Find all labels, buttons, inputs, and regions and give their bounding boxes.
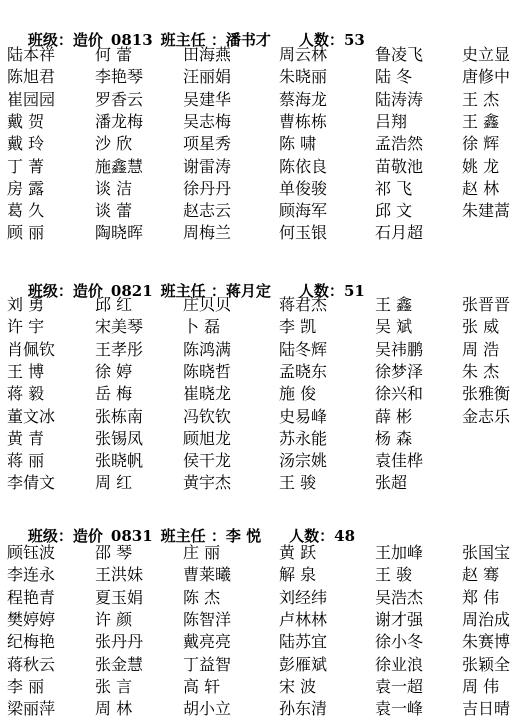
student-name: 苏永能 [279,428,327,450]
student-name: 陈晓哲 [183,361,231,383]
student-name: 吴祎鹏 [375,339,423,361]
student-name: 史易峰 [279,406,327,428]
class-header: 班级：造价0831班主任 ：李 悦人数：48 [7,500,355,524]
student-name: 戴 玲 [7,133,44,155]
student-name: 周 红 [95,472,132,494]
student-name: 袁一峰 [375,698,423,720]
student-name: 李 凯 [279,316,316,338]
student-name: 徐业浪 [375,654,423,676]
student-row: 李连永王洪妹曹莱曦解 泉王 骏赵 骞 [0,564,529,586]
student-name: 樊婷婷 [7,609,55,631]
student-name: 黄 青 [7,428,44,450]
student-row: 戴 玲沙 欣项星秀陈 啸孟浩然徐 辉 [0,133,529,155]
student-name: 张 威 [462,316,499,338]
student-name: 鲁凌飞 [375,44,423,66]
student-name: 邱 红 [95,294,132,316]
student-row: 蒋 丽张晓帆侯干龙汤宗姚袁佳桦 [0,450,529,472]
student-name: 王孝彤 [95,339,143,361]
student-name: 戴 贺 [7,111,44,133]
student-name: 朱赛博 [462,631,510,653]
student-name: 周 伟 [462,676,499,698]
student-name: 陆苏宜 [279,631,327,653]
student-name: 吴 斌 [375,316,412,338]
student-row: 纪梅艳张丹丹戴亮亮陆苏宜徐小冬朱赛博 [0,631,529,653]
student-name: 周 浩 [462,339,499,361]
student-name: 张雅衡 [462,383,510,405]
student-name: 唐修中 [462,66,510,88]
student-row: 肖佩钦王孝彤陈鸿满陆冬辉吴祎鹏周 浩 [0,339,529,361]
student-name: 彭雁斌 [279,654,327,676]
student-name: 陈鸿满 [183,339,231,361]
student-name: 程艳青 [7,587,55,609]
student-name: 王 杰 [462,89,499,111]
student-name: 赵志云 [183,200,231,222]
student-name: 刘 勇 [7,294,44,316]
student-name: 罗香云 [95,89,143,111]
student-name: 孟晓东 [279,361,327,383]
student-name: 黄宇杰 [183,472,231,494]
student-name: 蒋秋云 [7,654,55,676]
student-name: 蒋 丽 [7,450,44,472]
student-name: 房 露 [7,178,44,200]
student-name: 苗敬池 [375,156,423,178]
student-name: 崔晓龙 [183,383,231,405]
student-name: 汤宗姚 [279,450,327,472]
student-name: 周治成 [462,609,510,631]
student-name: 李艳琴 [95,66,143,88]
student-name: 丁益智 [183,654,231,676]
student-name: 谈 蕾 [95,200,132,222]
student-name: 谢才强 [375,609,423,631]
student-name: 夏玉娟 [95,587,143,609]
student-name: 薛 彬 [375,406,412,428]
student-name: 顾海军 [279,200,327,222]
student-row: 王 博徐 婷陈晓哲孟晓东徐梦泽朱 杰 [0,361,529,383]
student-name: 王 骏 [279,472,316,494]
student-name: 陶晓晖 [95,222,143,244]
student-name: 孙东清 [279,698,327,720]
student-row: 房 露谈 洁徐丹丹单俊骏祁 飞赵 林 [0,178,529,200]
student-name: 宋美琴 [95,316,143,338]
student-name: 陆本祥 [7,44,55,66]
student-name: 田海燕 [183,44,231,66]
student-name: 周梅兰 [183,222,231,244]
student-name: 王 鑫 [462,111,499,133]
student-name: 曹莱曦 [183,564,231,586]
student-name: 孟浩然 [375,133,423,155]
student-name: 戴亮亮 [183,631,231,653]
student-name: 王加峰 [375,542,423,564]
student-row: 蒋秋云张金慧丁益智彭雁斌徐业浪张颖全 [0,654,529,676]
student-name: 陈智洋 [183,609,231,631]
student-name: 徐 婷 [95,361,132,383]
student-name: 庄 丽 [183,542,220,564]
student-row: 程艳青夏玉娟陈 杰刘经纬吴浩杰郑 伟 [0,587,529,609]
student-row: 陈旭君李艳琴汪丽娟朱晓丽陆 冬唐修中 [0,66,529,88]
student-name: 陈旭君 [7,66,55,88]
student-name: 吕翔 [375,111,407,133]
student-name: 崔园园 [7,89,55,111]
student-name: 陆冬辉 [279,339,327,361]
student-name: 吴志梅 [183,111,231,133]
student-name: 袁一超 [375,676,423,698]
student-row: 蒋 毅岳 梅崔晓龙施 俊徐兴和张雅衡 [0,383,529,405]
student-name: 史立显 [462,44,510,66]
student-name: 袁佳桦 [375,450,423,472]
student-name: 汪丽娟 [183,66,231,88]
student-name: 朱 杰 [462,361,499,383]
student-name: 王 骏 [375,564,412,586]
student-name: 陈 杰 [183,587,220,609]
student-name: 解 泉 [279,564,316,586]
student-name: 纪梅艳 [7,631,55,653]
student-name: 王洪妹 [95,564,143,586]
student-name: 张金慧 [95,654,143,676]
student-name: 徐梦泽 [375,361,423,383]
student-name: 沙 欣 [95,133,132,155]
student-row: 刘 勇邱 红庄贝贝蒋君杰王 鑫张晋晋 [0,294,529,316]
student-name: 朱晓丽 [279,66,327,88]
student-name: 徐小冬 [375,631,423,653]
student-name: 邵 琴 [95,542,132,564]
student-name: 宋 波 [279,676,316,698]
student-name: 赵 骞 [462,564,499,586]
student-name: 许 颜 [95,609,132,631]
class-header: 班级：造价0821班主任 ：蒋月定人数：51 [7,255,365,279]
student-name: 侯干龙 [183,450,231,472]
student-name: 姚 龙 [462,156,499,178]
student-row: 顾钰波邵 琴庄 丽黄 跃王加峰张国宝 [0,542,529,564]
student-row: 董文冰张栋南冯钦钦史易峰薛 彬金志乐 [0,406,529,428]
student-row: 丁 菁施鑫慧谢雷涛陈依良苗敬池姚 龙 [0,156,529,178]
student-name: 张超 [375,472,407,494]
student-name: 何玉银 [279,222,327,244]
student-name: 梁丽萍 [7,698,55,720]
student-name: 郑 伟 [462,587,499,609]
student-name: 岳 梅 [95,383,132,405]
student-name: 冯钦钦 [183,406,231,428]
student-row: 戴 贺潘龙梅吴志梅曹栋栋吕翔王 鑫 [0,111,529,133]
student-row: 梁丽萍周 林胡小立孙东清袁一峰吉日晴 [0,698,529,720]
student-name: 张丹丹 [95,631,143,653]
student-name: 施鑫慧 [95,156,143,178]
student-name: 石月超 [375,222,423,244]
student-name: 谈 洁 [95,178,132,200]
student-name: 黄 跃 [279,542,316,564]
student-name: 李 丽 [7,676,44,698]
student-name: 陈依良 [279,156,327,178]
student-name: 许 宇 [7,316,44,338]
student-name: 李倩文 [7,472,55,494]
student-row: 樊婷婷许 颜陈智洋卢林林谢才强周治成 [0,609,529,631]
student-row: 许 宇宋美琴卜 磊李 凯吴 斌张 威 [0,316,529,338]
student-name: 周 林 [95,698,132,720]
student-name: 邱 文 [375,200,412,222]
student-name: 卜 磊 [183,316,220,338]
student-name: 肖佩钦 [7,339,55,361]
student-name: 蒋 毅 [7,383,44,405]
student-name: 陆涛涛 [375,89,423,111]
student-name: 曹栋栋 [279,111,327,133]
student-name: 蔡海龙 [279,89,327,111]
student-name: 祁 飞 [375,178,412,200]
student-name: 赵 林 [462,178,499,200]
student-name: 张锡凤 [95,428,143,450]
student-name: 王 鑫 [375,294,412,316]
student-name: 张 言 [95,676,132,698]
student-row: 葛 久谈 蕾赵志云顾海军邱 文朱建蒿 [0,200,529,222]
student-row: 崔园园罗香云吴建华蔡海龙陆涛涛王 杰 [0,89,529,111]
student-name: 徐兴和 [375,383,423,405]
student-name: 高 轩 [183,676,220,698]
student-name: 陆 冬 [375,66,412,88]
student-row: 顾 丽陶晓晖周梅兰何玉银石月超 [0,222,529,244]
student-name: 徐 辉 [462,133,499,155]
student-name: 杨 森 [375,428,412,450]
student-name: 徐丹丹 [183,178,231,200]
student-name: 顾旭龙 [183,428,231,450]
student-name: 张晓帆 [95,450,143,472]
student-row: 黄 青张锡凤顾旭龙苏永能杨 森 [0,428,529,450]
student-name: 朱建蒿 [462,200,510,222]
student-name: 董文冰 [7,406,55,428]
student-name: 吴建华 [183,89,231,111]
student-name: 单俊骏 [279,178,327,200]
student-name: 庄贝贝 [183,294,231,316]
student-name: 陈 啸 [279,133,316,155]
student-name: 项星秀 [183,133,231,155]
student-row: 陆本祥何 蕾田海燕周云林鲁凌飞史立显 [0,44,529,66]
student-name: 金志乐 [462,406,510,428]
student-name: 丁 菁 [7,156,44,178]
student-name: 刘经纬 [279,587,327,609]
student-name: 顾 丽 [7,222,44,244]
student-name: 顾钰波 [7,542,55,564]
student-name: 潘龙梅 [95,111,143,133]
student-name: 谢雷涛 [183,156,231,178]
student-name: 蒋君杰 [279,294,327,316]
student-name: 张晋晋 [462,294,510,316]
student-name: 卢林林 [279,609,327,631]
student-name: 张栋南 [95,406,143,428]
student-name: 李连永 [7,564,55,586]
student-name: 张颖全 [462,654,510,676]
student-name: 张国宝 [462,542,510,564]
student-name: 吉日晴 [462,698,510,720]
class-header: 班级：造价0813班主任 ：潘书才人数：53 [7,4,365,28]
student-name: 何 蕾 [95,44,132,66]
student-name: 施 俊 [279,383,316,405]
student-name: 吴浩杰 [375,587,423,609]
student-row: 李倩文周 红黄宇杰王 骏张超 [0,472,529,494]
student-name: 周云林 [279,44,327,66]
student-name: 葛 久 [7,200,44,222]
student-row: 李 丽张 言高 轩宋 波袁一超周 伟 [0,676,529,698]
student-name: 王 博 [7,361,44,383]
student-name: 胡小立 [183,698,231,720]
